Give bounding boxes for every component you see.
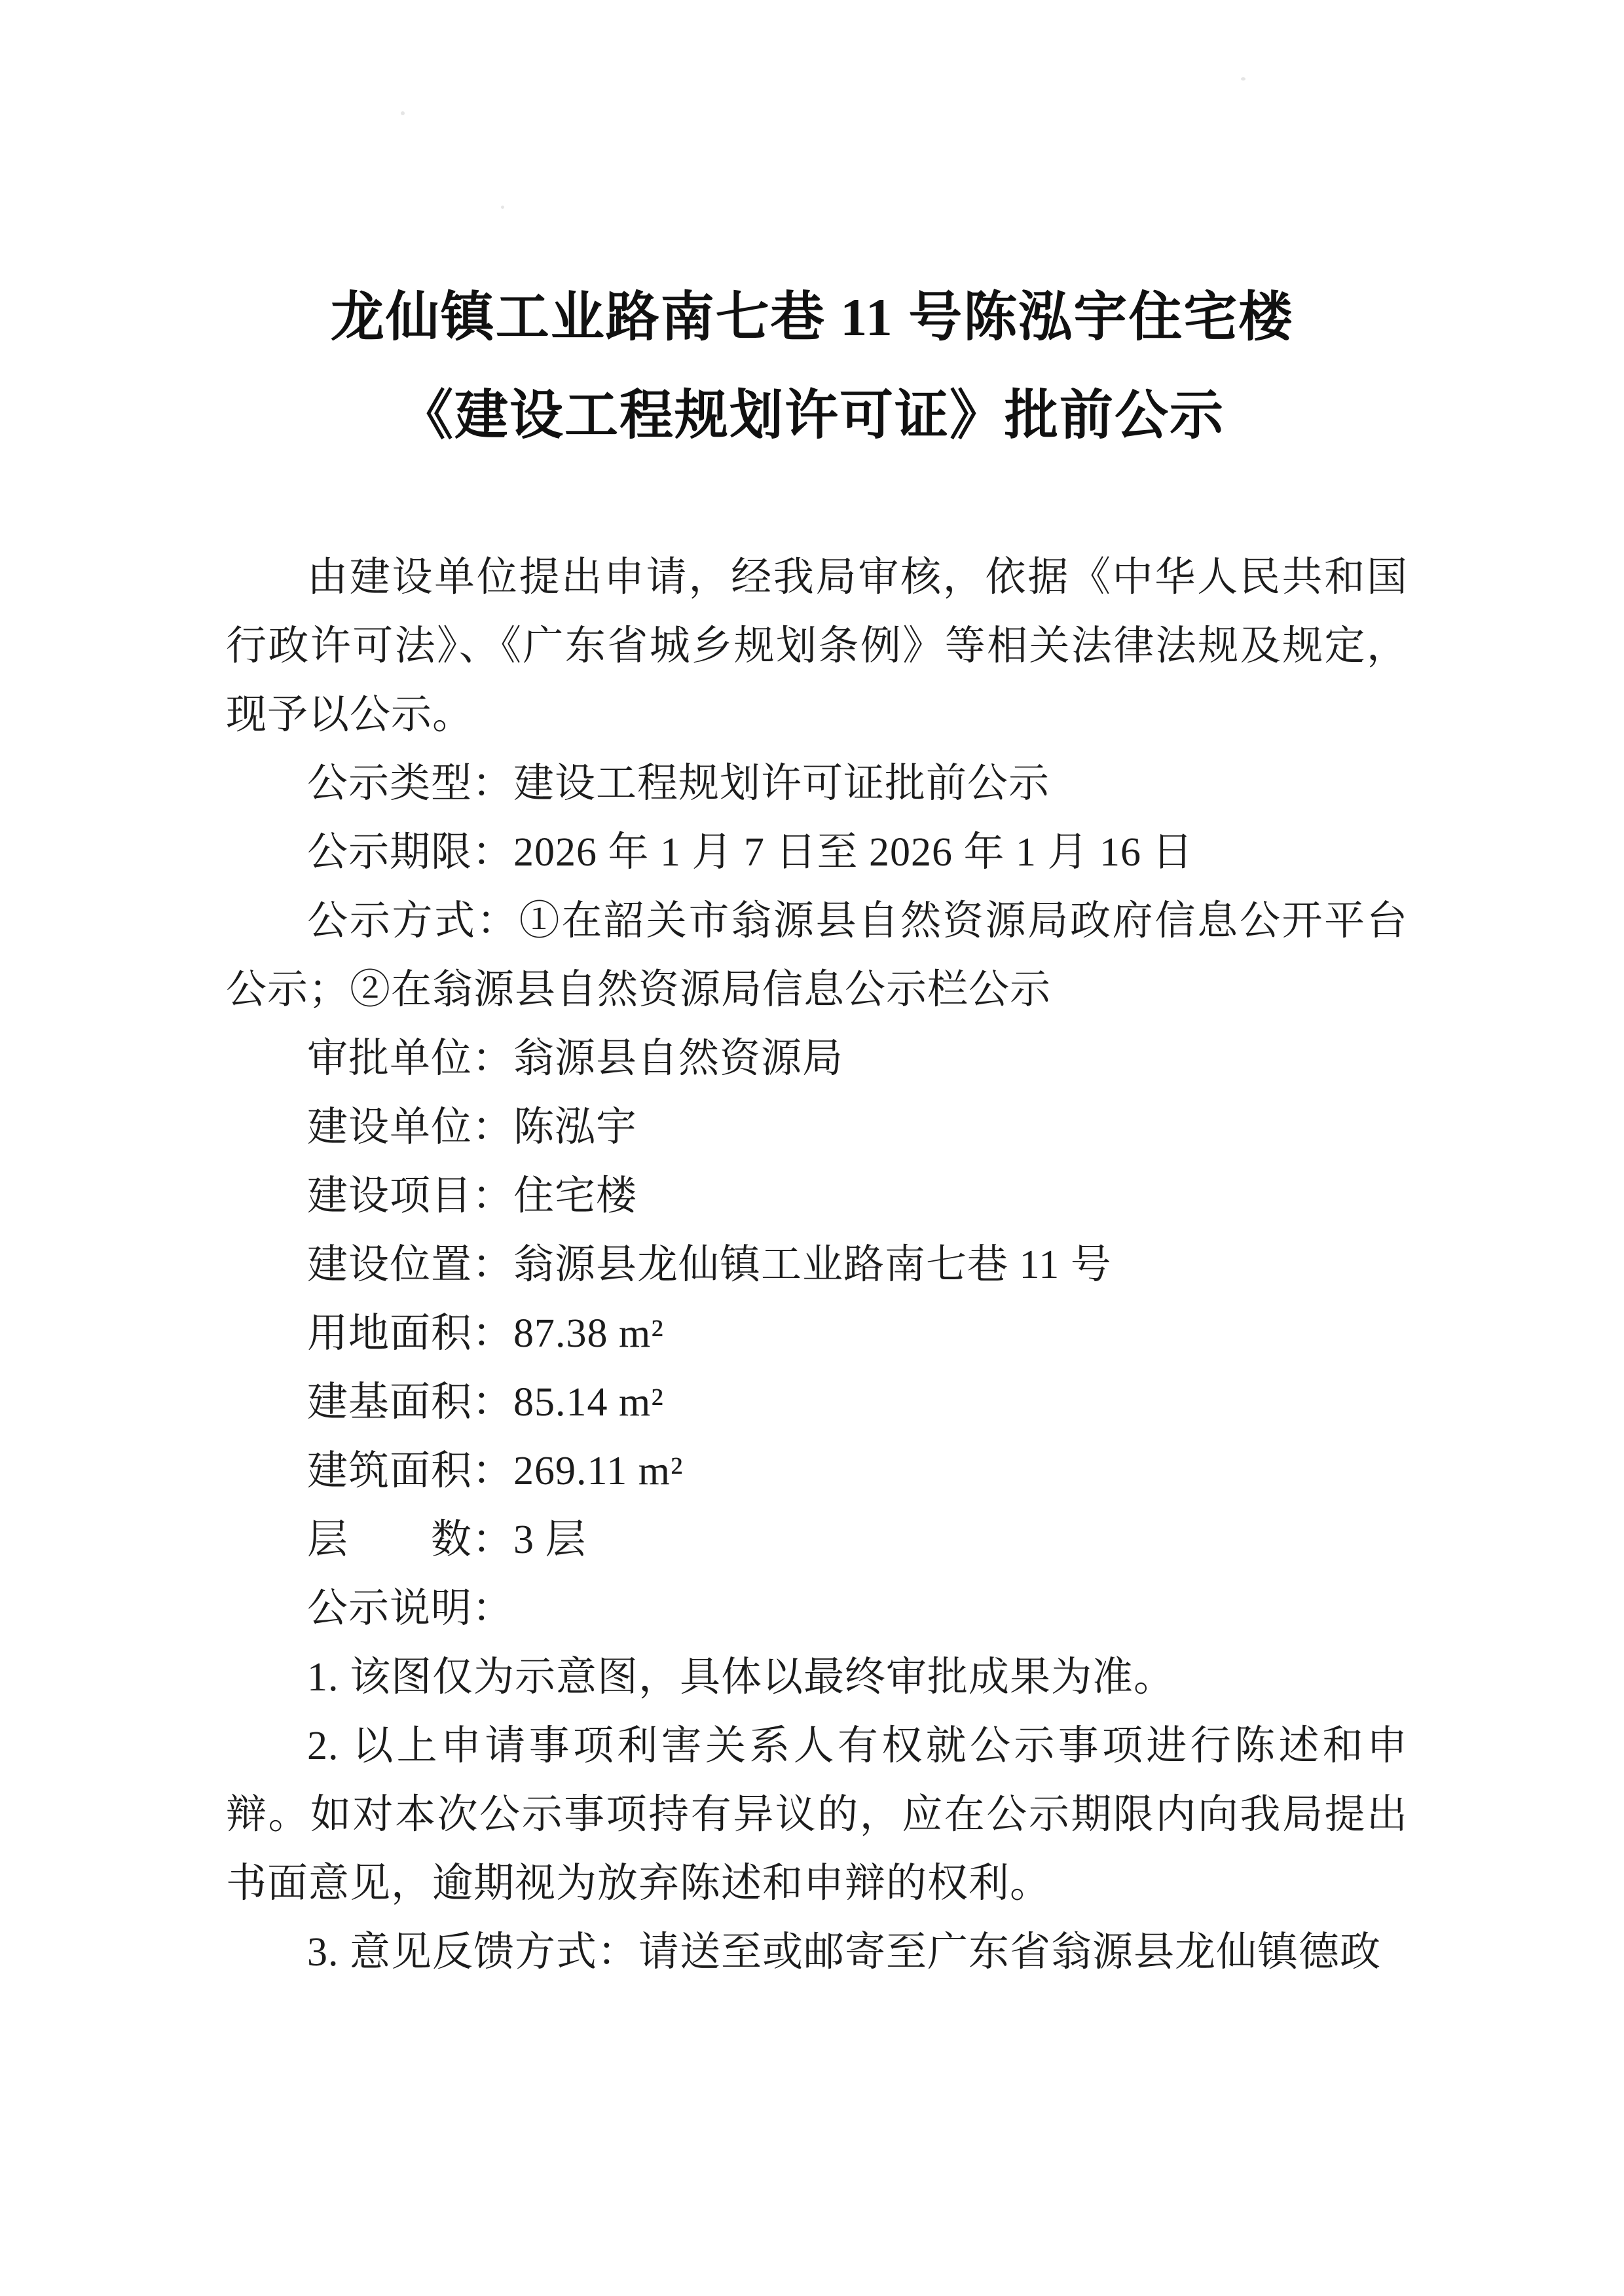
field-construction-location: 建设位置：翁源县龙仙镇工业路南七巷 11 号 bbox=[226, 1231, 1408, 1300]
scan-artifact bbox=[501, 206, 504, 209]
field-notice-method: 公示方式：①在韶关市翁源县自然资源局政府信息公开平台公示；②在翁源县自然资源局信… bbox=[226, 887, 1408, 1025]
note-3-truncated: 3. 意见反馈方式：请送至或邮寄至广东省翁源县龙仙镇德政 bbox=[226, 1918, 1408, 1987]
notes-heading: 公示说明： bbox=[226, 1575, 1408, 1643]
note-2: 2. 以上申请事项利害关系人有权就公示事项进行陈述和申辩。如对本次公示事项持有异… bbox=[226, 1712, 1408, 1918]
document-title: 龙仙镇工业路南七巷 11 号陈泓宇住宅楼 《建设工程规划许可证》批前公示 bbox=[0, 0, 1624, 465]
title-line-1: 龙仙镇工业路南七巷 11 号陈泓宇住宅楼 bbox=[157, 268, 1467, 367]
title-line-2: 《建设工程规划许可证》批前公示 bbox=[157, 367, 1467, 465]
document-body: 由建设单位提出申请，经我局审核，依据《中华人民共和国行政许可法》、《广东省城乡规… bbox=[0, 465, 1624, 1987]
field-notice-period: 公示期限：2026 年 1 月 7 日至 2026 年 1 月 16 日 bbox=[226, 818, 1408, 887]
field-construction-unit: 建设单位：陈泓宇 bbox=[226, 1093, 1408, 1162]
scan-artifact bbox=[1241, 77, 1246, 81]
scan-artifact bbox=[401, 111, 405, 115]
document-page: 龙仙镇工业路南七巷 11 号陈泓宇住宅楼 《建设工程规划许可证》批前公示 由建设… bbox=[0, 0, 1624, 2296]
field-notice-type: 公示类型：建设工程规划许可证批前公示 bbox=[226, 750, 1408, 818]
note-1: 1. 该图仅为示意图，具体以最终审批成果为准。 bbox=[226, 1643, 1408, 1712]
field-land-area: 用地面积：87.38 m² bbox=[226, 1300, 1408, 1368]
field-construction-project: 建设项目：住宅楼 bbox=[226, 1162, 1408, 1231]
field-floors: 层 数：3 层 bbox=[226, 1506, 1408, 1575]
field-floor-area: 建筑面积：269.11 m² bbox=[226, 1437, 1408, 1506]
field-approval-unit: 审批单位：翁源县自然资源局 bbox=[226, 1025, 1408, 1093]
field-base-area: 建基面积：85.14 m² bbox=[226, 1368, 1408, 1437]
intro-paragraph: 由建设单位提出申请，经我局审核，依据《中华人民共和国行政许可法》、《广东省城乡规… bbox=[226, 543, 1408, 750]
